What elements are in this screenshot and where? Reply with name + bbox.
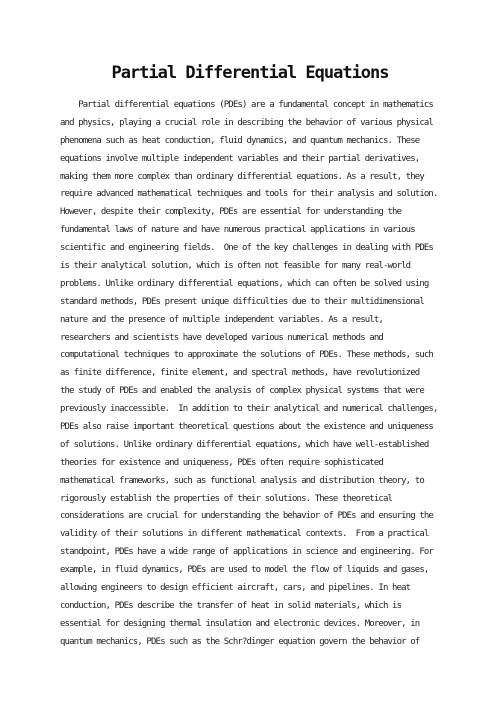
text-line: problems. Unlike ordinary differential e… [60,276,440,294]
text-line: essential for designing thermal insulati… [60,616,440,634]
text-line: rigorously establish the properties of t… [60,491,440,509]
text-line: and physics, playing a crucial role in d… [60,115,440,133]
text-line: fundamental laws of nature and have nume… [60,222,440,240]
text-line: computational techniques to approximate … [60,347,440,365]
text-line: researchers and scientists have develope… [60,330,440,348]
text-line: equations involve multiple independent v… [60,151,440,169]
text-line: mathematical frameworks, such as functio… [60,473,440,491]
text-line: previously inaccessible. In addition to … [60,401,440,419]
text-line: Partial differential equations (PDEs) ar… [60,97,440,115]
text-line: validity of their solutions in different… [60,526,440,544]
text-line: making them more complex than ordinary d… [60,169,440,187]
text-line: considerations are crucial for understan… [60,508,440,526]
text-line: example, in fluid dynamics, PDEs are use… [60,562,440,580]
text-line: phenomena such as heat conduction, fluid… [60,133,440,151]
text-line: as finite difference, finite element, an… [60,365,440,383]
text-line: require advanced mathematical techniques… [60,186,440,204]
text-line: However, despite their complexity, PDEs … [60,204,440,222]
text-line: scientific and engineering fields. One o… [60,240,440,258]
text-line: the study of PDEs and enabled the analys… [60,383,440,401]
document-title: Partial Differential Equations [60,62,440,85]
text-line: of solutions. Unlike ordinary differenti… [60,437,440,455]
text-line: conduction, PDEs describe the transfer o… [60,598,440,616]
text-line: is their analytical solution, which is o… [60,258,440,276]
text-line: standard methods, PDEs present unique di… [60,294,440,312]
text-line: nature and the presence of multiple inde… [60,312,440,330]
document-page: Partial Differential Equations Partial d… [0,0,496,702]
text-line: standpoint, PDEs have a wide range of ap… [60,544,440,562]
text-line: PDEs also raise important theoretical qu… [60,419,440,437]
text-line: allowing engineers to design efficient a… [60,580,440,598]
text-line: theories for existence and uniqueness, P… [60,455,440,473]
text-line: quantum mechanics, PDEs such as the Schr… [60,634,440,652]
document-paragraph: Partial differential equations (PDEs) ar… [60,97,440,652]
